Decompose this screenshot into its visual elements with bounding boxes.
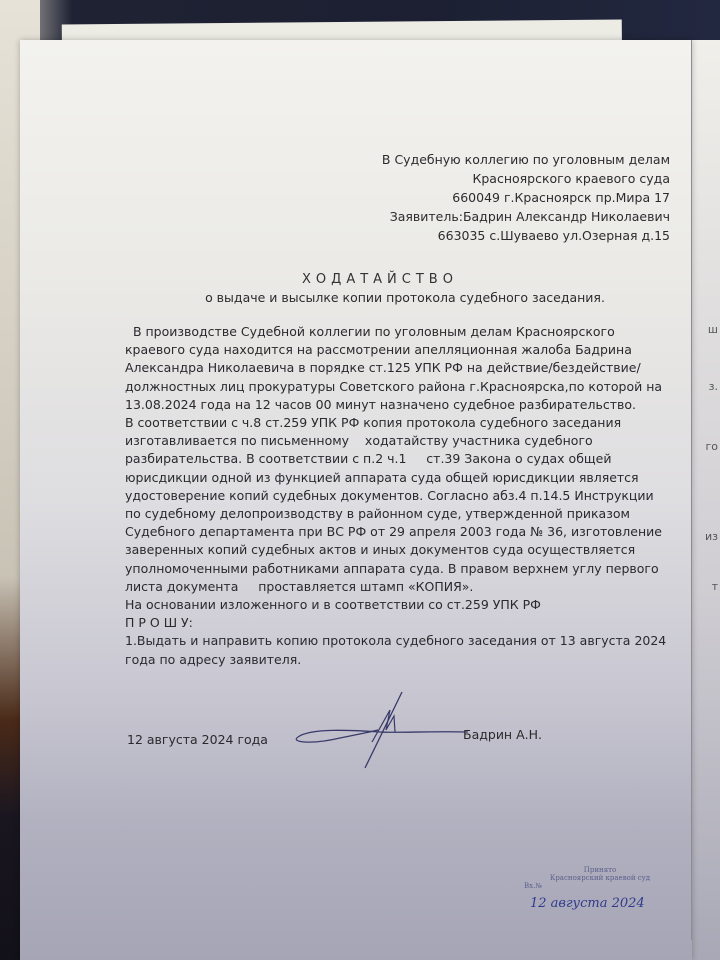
body-line: Судебного департамента при ВС РФ от 29 а…	[125, 523, 685, 541]
received-stamp: Принято Красноярский краевой суд Вх.№ 12…	[520, 866, 680, 926]
body-line: На основании изложенного и в соответстви…	[125, 596, 685, 614]
handwritten-signature	[290, 690, 480, 780]
stamp-line: Принято	[520, 866, 680, 874]
edge-text-mark: ш	[708, 323, 718, 336]
body-line: краевого суда находится на рассмотрении …	[125, 341, 685, 359]
body-line: должностных лиц прокуратуры Советского р…	[125, 378, 685, 396]
edge-text-mark: з.	[709, 380, 718, 393]
addressee-line: В Судебную коллегию по уголовным делам	[382, 150, 670, 169]
addressee-block: В Судебную коллегию по уголовным делам К…	[382, 150, 670, 245]
stamp-line: Красноярский краевой суд	[520, 874, 680, 882]
addressee-line: Красноярского краевого суда	[382, 169, 670, 188]
stamp-line: Вх.№	[520, 882, 680, 890]
request-heading: П Р О Ш У:	[125, 614, 685, 632]
document-body: В производстве Судебной коллегии по угол…	[125, 323, 685, 669]
body-line: разбирательства. В соответствии с п.2 ч.…	[125, 450, 685, 468]
edge-text-mark: из	[705, 530, 718, 543]
document-subtitle: о выдаче и высылке копии протокола судеб…	[180, 290, 630, 305]
body-line: В соответствии с ч.8 ст.259 УПК РФ копия…	[125, 414, 685, 432]
body-line: В производстве Судебной коллегии по угол…	[125, 323, 685, 341]
signature-date: 12 августа 2024 года	[127, 732, 268, 747]
request-item: 1.Выдать и направить копию протокола суд…	[125, 632, 685, 650]
body-line: уполномоченными работниками аппарата суд…	[125, 560, 685, 578]
body-line: удостоверение копий судебных документов.…	[125, 487, 685, 505]
paper-edge-right: ш з. го из т	[690, 40, 720, 960]
addressee-line: Заявитель:Бадрин Александр Николаевич	[382, 207, 670, 226]
edge-text-mark: го	[705, 440, 718, 453]
edge-text-mark: т	[712, 580, 718, 593]
body-line: Александра Николаевича в порядке ст.125 …	[125, 359, 685, 377]
body-line: юрисдикции одной из функцией аппарата су…	[125, 469, 685, 487]
paper-fold-line	[691, 40, 692, 940]
body-line: по судебному делопроизводству в районном…	[125, 505, 685, 523]
request-item: года по адресу заявителя.	[125, 651, 685, 669]
document-title: ХОДАТАЙСТВО	[0, 272, 720, 287]
addressee-line: 663035 с.Шуваево ул.Озерная д.15	[382, 226, 670, 245]
signatory-name: Бадрин А.Н.	[463, 727, 542, 742]
addressee-line: 660049 г.Красноярск пр.Мира 17	[382, 188, 670, 207]
body-line: листа документа проставляется штамп «КОП…	[125, 578, 685, 596]
body-line: 13.08.2024 года на 12 часов 00 минут наз…	[125, 396, 685, 414]
stamp-handwritten-date: 12 августа 2024	[520, 896, 680, 911]
body-line: заверенных копий судебных актов и иных д…	[125, 541, 685, 559]
body-line: изготавливается по письменному ходатайст…	[125, 432, 685, 450]
